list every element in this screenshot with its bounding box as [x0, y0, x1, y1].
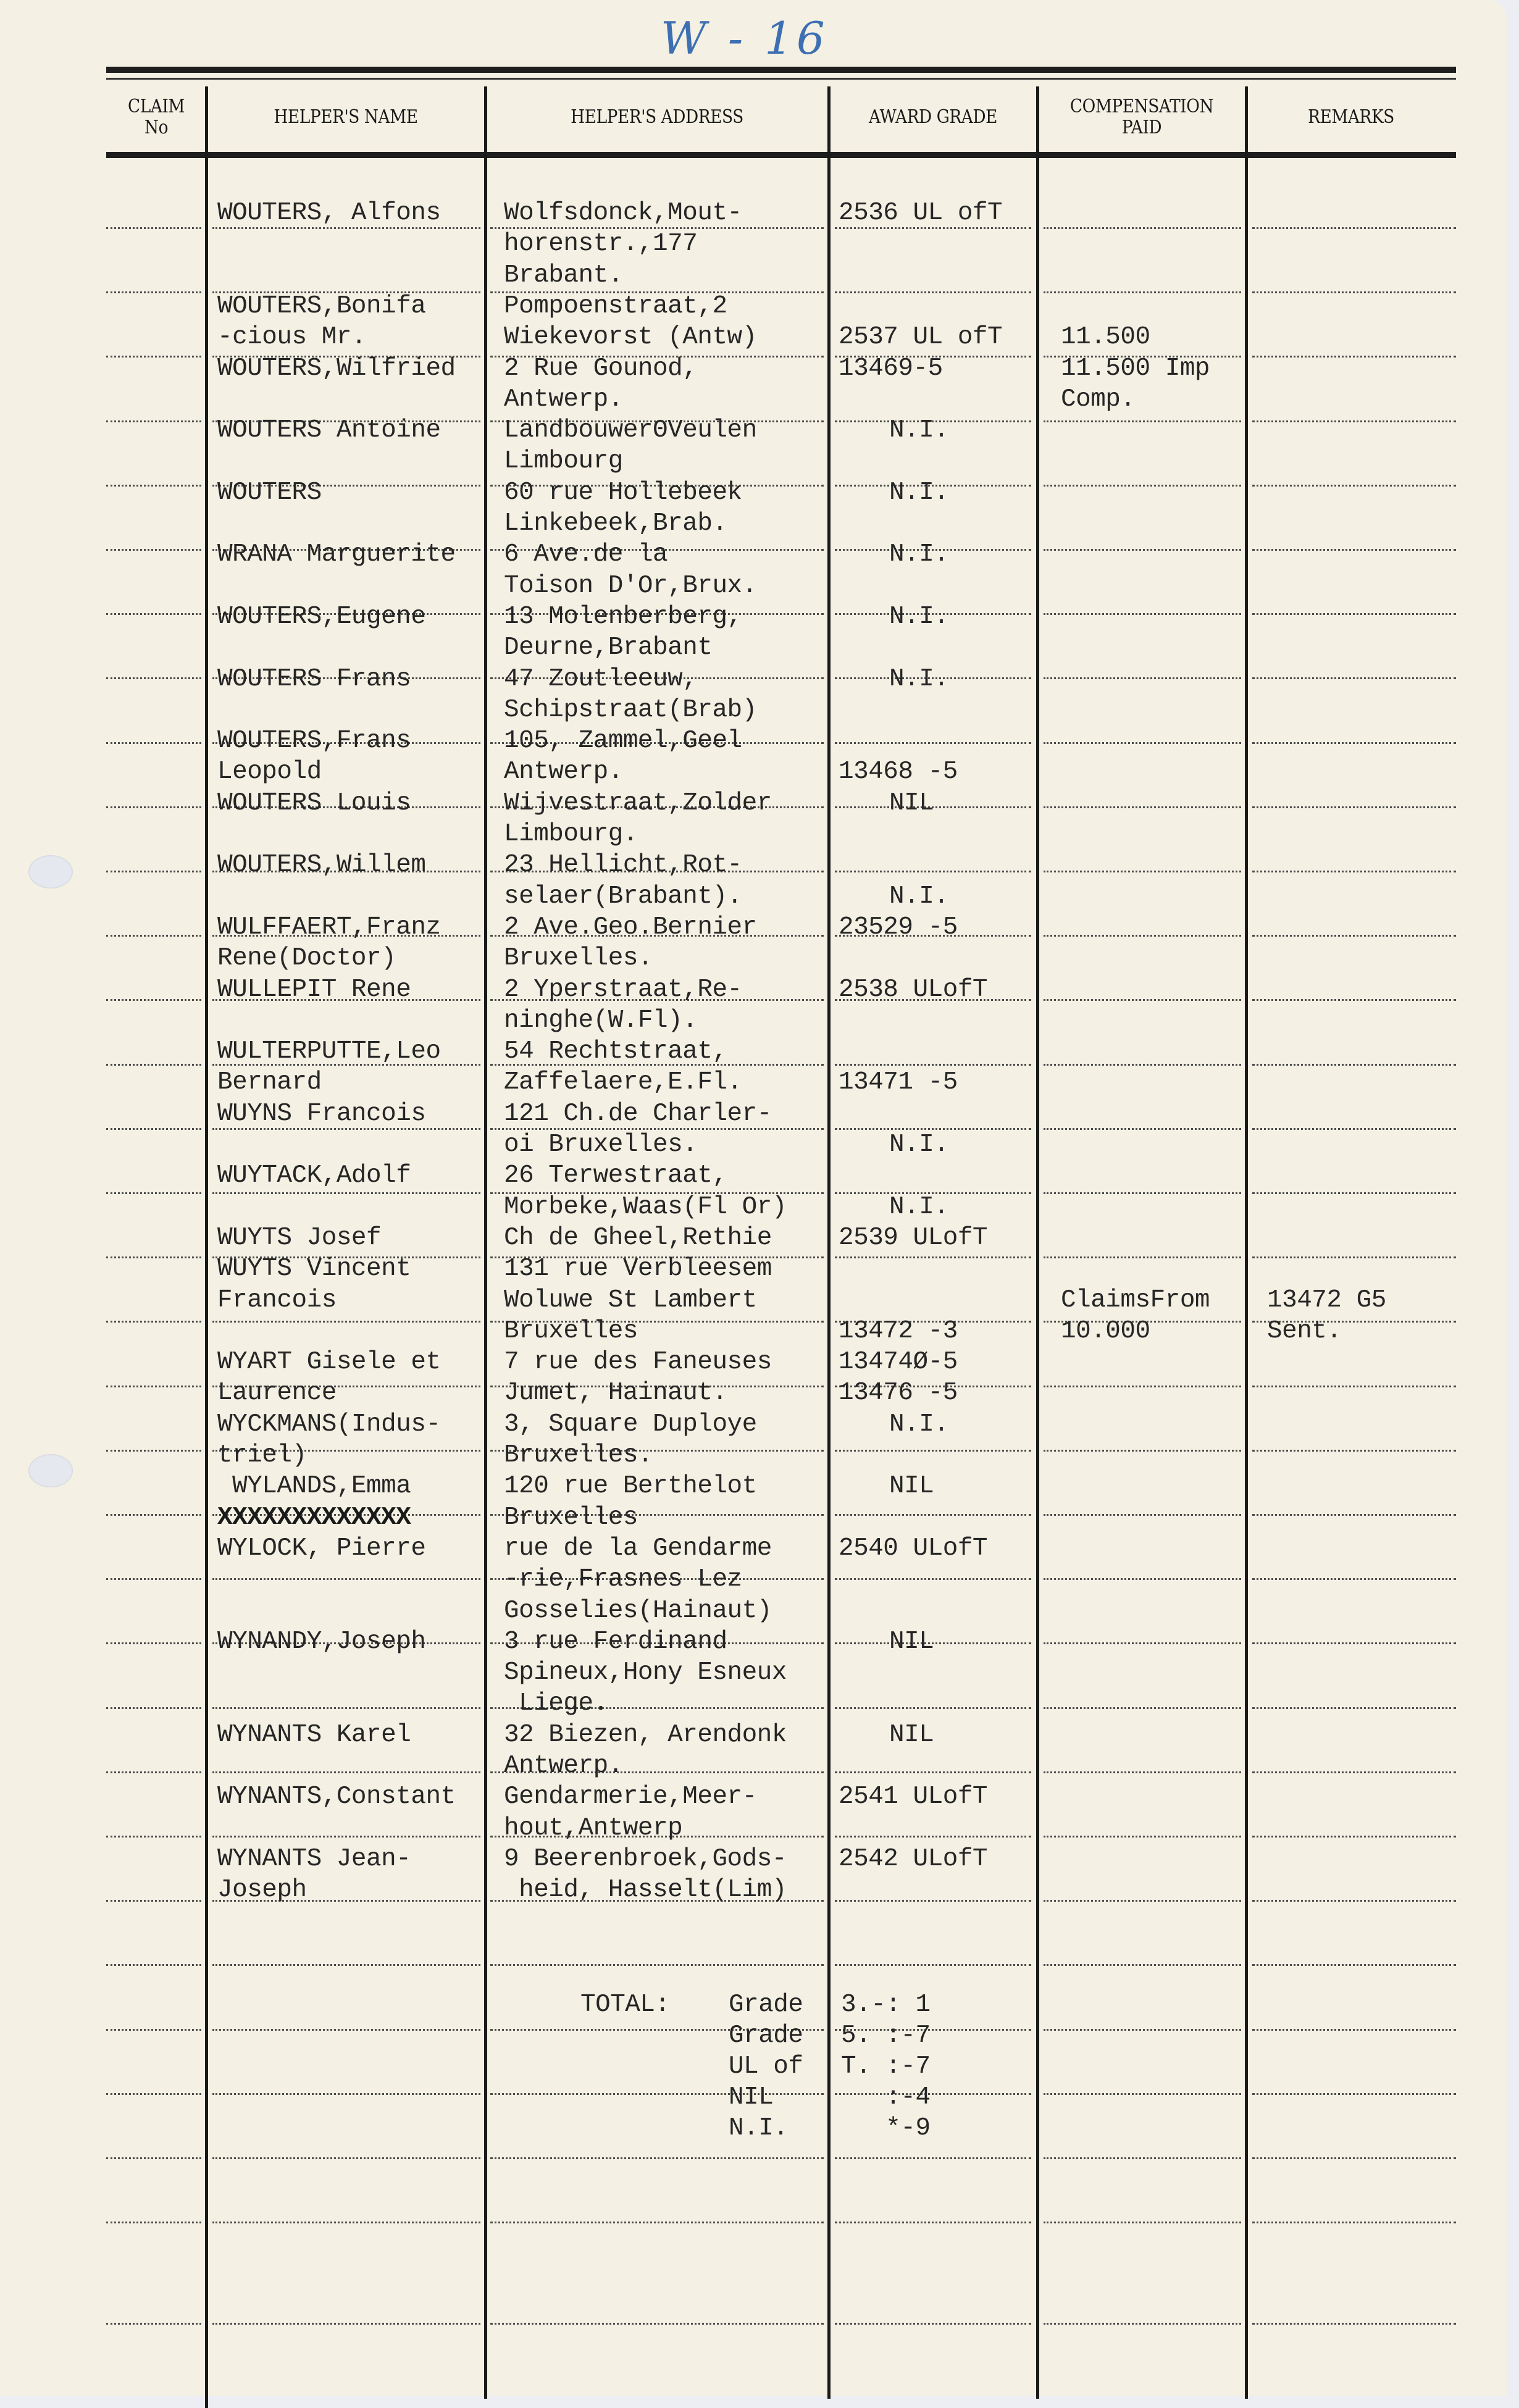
column-divider	[484, 86, 487, 2399]
totals-count: :-4	[841, 2082, 931, 2113]
ruled-line	[490, 2323, 824, 2325]
totals-count: 5. :-7	[841, 2020, 931, 2051]
cell-address: horenstr.,177	[504, 228, 697, 259]
cell-address: 32 Biezen, Arendonk	[504, 1720, 787, 1750]
cell-address: heid, Hasselt(Lim)	[504, 1875, 787, 1905]
ruled-line	[1044, 1771, 1241, 1773]
ruled-line	[106, 1578, 201, 1580]
cell-name: triel)	[217, 1440, 307, 1471]
ruled-line	[1044, 1900, 1241, 1902]
ruled-line	[835, 1064, 1031, 1066]
cell-name: WULLEPIT Rene	[217, 974, 411, 1005]
totals-category: N.I.	[729, 2113, 788, 2144]
cell-grade: N.I.	[889, 415, 948, 446]
cell-name: WOUTERS Frans	[217, 664, 411, 695]
ruled-line	[106, 613, 201, 615]
cell-address: hout,Antwerp	[504, 1813, 682, 1844]
cell-name: WOUTERS,Willem	[217, 850, 425, 880]
ruled-line	[106, 935, 201, 937]
cell-name: Leopold	[217, 756, 322, 787]
ruled-line	[835, 1450, 1031, 1452]
ruled-line	[1252, 2323, 1456, 2325]
ruled-line	[212, 1321, 480, 1323]
cell-name: -cious Mr.	[217, 322, 366, 353]
cell-name: WYART Gisele et	[217, 1347, 441, 1377]
cell-grade: 2538 ULofT	[839, 974, 987, 1005]
cell-address: 9 Beerenbroek,Gods-	[504, 1844, 787, 1875]
totals-count: *-9	[841, 2113, 931, 2144]
cell-name: WUYTS Vincent	[217, 1253, 411, 1284]
cell-name: WYNANDY,Joseph	[217, 1626, 425, 1657]
cell-grade: 13476 -5	[839, 1377, 958, 1408]
cell-grade: N.I.	[889, 539, 948, 570]
ruled-line	[106, 1450, 201, 1452]
ruled-line	[1252, 485, 1456, 487]
cell-remarks: 13472 G5	[1267, 1285, 1386, 1316]
ruled-line	[212, 1707, 480, 1709]
cell-address: 105, Zammel,Geel	[504, 725, 742, 756]
ruled-line	[1252, 1256, 1456, 1258]
ruled-line	[212, 1836, 480, 1837]
column-header-compensation: COMPENSATIONPAID	[1050, 86, 1233, 148]
ruled-line	[1044, 1128, 1241, 1130]
record-sheet: W - 16 CLAIMNoHELPER'S NAMEHELPER'S ADDR…	[0, 0, 1507, 2396]
cell-name: WYLOCK, Pierre	[217, 1533, 425, 1564]
cell-name: WUYTACK,Adolf	[217, 1160, 411, 1191]
ruled-line	[1044, 1578, 1241, 1580]
ruled-line	[490, 2157, 824, 2159]
ruled-line	[212, 1192, 480, 1194]
header-rule-top	[106, 67, 1456, 73]
ruled-line	[490, 2222, 824, 2223]
cell-name: WOUTERS, Alfons	[217, 198, 441, 228]
cell-address: 26 Terwestraat,	[504, 1160, 727, 1191]
cell-address: Bruxelles	[504, 1502, 638, 1533]
cell-name: WULFFAERT,Franz	[217, 912, 441, 943]
cell-grade: 2541 ULofT	[839, 1781, 987, 1812]
ruled-line	[106, 742, 201, 744]
ruled-line	[212, 2093, 480, 2095]
ruled-line	[106, 2093, 201, 2095]
cell-address: 131 rue Verbleesem	[504, 1253, 772, 1284]
cell-compensation: Comp.	[1061, 384, 1136, 415]
ruled-line	[1252, 1642, 1456, 1644]
column-header-name: HELPER'S NAME	[223, 86, 469, 148]
ruled-line	[106, 1386, 201, 1387]
cell-grade: 2536 UL ofT	[839, 198, 1002, 228]
ruled-line	[1044, 1064, 1241, 1066]
cell-address: Woluwe St Lambert	[504, 1285, 757, 1316]
ruled-line	[106, 291, 201, 293]
ruled-line	[490, 1964, 824, 1966]
cell-name: WOUTERS	[217, 477, 322, 508]
ruled-line	[106, 549, 201, 551]
ruled-line	[1252, 806, 1456, 808]
cell-name: WYNANTS Jean-	[217, 1844, 411, 1875]
cell-address: Antwerp.	[504, 1750, 623, 1781]
cell-name: WYNANTS,Constant	[217, 1781, 456, 1812]
punch-hole	[28, 855, 73, 888]
punch-hole	[28, 1454, 73, 1487]
ruled-line	[1252, 356, 1456, 357]
cell-name: WULTERPUTTE,Leo	[217, 1036, 441, 1067]
cell-address: oi Bruxelles.	[504, 1129, 697, 1160]
ruled-line	[106, 1514, 201, 1516]
cell-grade: N.I.	[889, 664, 948, 695]
ruled-line	[1044, 2029, 1241, 2031]
ruled-line	[1252, 2157, 1456, 2159]
ruled-line	[1044, 1836, 1241, 1837]
cell-name: Francois	[217, 1285, 337, 1316]
cell-compensation: ClaimsFrom	[1061, 1285, 1210, 1316]
cell-address: 54 Rechtstraat,	[504, 1036, 727, 1067]
cell-grade: 23529 -5	[839, 912, 958, 943]
ruled-line	[106, 1256, 201, 1258]
ruled-line	[1044, 2323, 1241, 2325]
ruled-line	[835, 1256, 1031, 1258]
cell-address: selaer(Brabant).	[504, 881, 742, 912]
ruled-line	[1044, 613, 1241, 615]
ruled-line	[1252, 2222, 1456, 2223]
ruled-line	[106, 1964, 201, 1966]
totals-category: UL of	[729, 2051, 803, 2082]
ruled-line	[106, 420, 201, 422]
ruled-line	[835, 1771, 1031, 1773]
ruled-line	[1252, 613, 1456, 615]
ruled-line	[1044, 2222, 1241, 2223]
cell-address: Zaffelaere,E.Fl.	[504, 1067, 742, 1098]
cell-address: 121 Ch.de Charler-	[504, 1098, 772, 1129]
cell-compensation: 11.500 Imp	[1061, 353, 1210, 384]
ruled-line	[106, 806, 201, 808]
column-divider	[1245, 86, 1248, 2399]
cell-address: Limbourg	[504, 446, 623, 477]
cell-grade: N.I.	[889, 601, 948, 632]
ruled-line	[490, 2093, 824, 2095]
ruled-line	[1044, 1192, 1241, 1194]
cell-address: Ch de Gheel,Rethie	[504, 1223, 772, 1253]
cell-grade: N.I.	[889, 1129, 948, 1160]
ruled-line	[1252, 2029, 1456, 2031]
cell-address: Gendarmerie,Meer-	[504, 1781, 757, 1812]
ruled-line	[106, 2029, 201, 2031]
cell-address: 2 Yperstraat,Re-	[504, 974, 742, 1005]
ruled-line	[1044, 1514, 1241, 1516]
ruled-line	[1044, 1707, 1241, 1709]
ruled-line	[212, 1964, 480, 1966]
ruled-line	[106, 677, 201, 679]
column-divider	[827, 86, 831, 2399]
ruled-line	[835, 2222, 1031, 2223]
column-header-address: HELPER'S ADDRESS	[506, 86, 808, 148]
ruled-line	[835, 871, 1031, 872]
ruled-line	[106, 1771, 201, 1773]
cell-address: Jumet, Hainaut.	[504, 1377, 727, 1408]
ruled-line	[1252, 677, 1456, 679]
ruled-line	[835, 2323, 1031, 2325]
ruled-line	[1044, 485, 1241, 487]
page-label: W - 16	[661, 12, 829, 64]
ruled-line	[1252, 1514, 1456, 1516]
header-rule-thin	[106, 78, 1456, 80]
cell-name: Joseph	[217, 1875, 307, 1905]
ruled-line	[106, 871, 201, 872]
ruled-line	[1044, 999, 1241, 1001]
cell-address: Toison D'Or,Brux.	[504, 571, 757, 601]
ruled-line	[1252, 1836, 1456, 1837]
cell-grade: 13469-5	[839, 353, 943, 384]
cell-address: Linkebeek,Brab.	[504, 508, 727, 539]
cell-address: ninghe(W.Fl).	[504, 1005, 697, 1036]
ruled-line	[835, 742, 1031, 744]
cell-address: 23 Hellicht,Rot-	[504, 850, 742, 880]
ruled-line	[106, 1642, 201, 1644]
ruled-line	[1252, 420, 1456, 422]
cell-address: LandbouwerΘVeulen	[504, 415, 757, 446]
cell-address: Gosselies(Hainaut)	[504, 1595, 772, 1626]
cell-address: Wijvestraat,Zolder	[504, 788, 772, 819]
cell-address: Bruxelles.	[504, 943, 653, 974]
ruled-line	[1252, 1578, 1456, 1580]
cell-name: Laurence	[217, 1377, 337, 1408]
cell-compensation: 11.500	[1061, 322, 1150, 353]
ruled-line	[1252, 1386, 1456, 1387]
cell-address: 6 Ave.de la	[504, 539, 667, 570]
cell-address: Morbeke,Waas(Fl Or)	[504, 1192, 787, 1223]
column-divider	[1036, 86, 1039, 2399]
cell-grade: NIL	[889, 1720, 934, 1750]
cell-grade: N.I.	[889, 1409, 948, 1440]
cell-address: 2 Rue Gounod,	[504, 353, 697, 384]
cell-grade: 2540 ULofT	[839, 1533, 987, 1564]
totals-category: Grade	[729, 1989, 803, 2020]
ruled-line	[1252, 549, 1456, 551]
cell-address: 3, Square Duploye	[504, 1409, 757, 1440]
cell-address: 120 rue Berthelot	[504, 1471, 757, 1502]
totals-category: NIL	[729, 2082, 773, 2113]
ruled-line	[835, 1964, 1031, 1966]
cell-address: 47 Zoutleeuw,	[504, 664, 697, 695]
ruled-line	[1044, 871, 1241, 872]
ruled-line	[212, 2222, 480, 2223]
cell-address: Bruxelles.	[504, 1440, 653, 1471]
column-header-remarks: REMARKS	[1258, 86, 1443, 148]
ruled-line	[212, 1771, 480, 1773]
ruled-line	[1044, 1256, 1241, 1258]
ruled-line	[1252, 291, 1456, 293]
ruled-line	[1252, 1128, 1456, 1130]
cell-name: WYLANDS,Emma	[217, 1471, 411, 1502]
ruled-line	[1252, 871, 1456, 872]
ruled-line	[212, 1578, 480, 1580]
cell-grade: N.I.	[889, 1192, 948, 1223]
ruled-line	[1044, 1386, 1241, 1387]
cell-remarks: Sent.	[1267, 1316, 1342, 1347]
cell-name: WOUTERS,Bonifa	[217, 291, 425, 322]
ruled-line	[1044, 935, 1241, 937]
cell-name: WOUTERS,Eugene	[217, 601, 425, 632]
cell-address: Bruxelles	[504, 1316, 638, 1347]
ruled-line	[106, 2323, 201, 2325]
cell-name: WUYNS Francois	[217, 1098, 425, 1129]
ruled-line	[106, 2157, 201, 2159]
cell-grade: 2539 ULofT	[839, 1223, 987, 1253]
cell-grade: 13468 -5	[839, 756, 958, 787]
cell-address: Liege.	[504, 1688, 608, 1719]
cell-address: Spineux,Hony Esneux	[504, 1657, 787, 1688]
cell-address: 3 rue Ferdinand	[504, 1626, 727, 1657]
cell-name: Bernard	[217, 1067, 322, 1098]
totals-count: 3.-: 1	[841, 1989, 931, 2020]
ruled-line	[1252, 935, 1456, 937]
ruled-line	[1252, 1192, 1456, 1194]
ruled-line	[1044, 420, 1241, 422]
ruled-line	[835, 1900, 1031, 1902]
ruled-line	[1252, 1964, 1456, 1966]
ruled-line	[1252, 1707, 1456, 1709]
ruled-line	[106, 1836, 201, 1837]
cell-address: 13 Molenberberg,	[504, 601, 742, 632]
cell-name: WOUTERS Antoine	[217, 415, 441, 446]
ruled-line	[1252, 1450, 1456, 1452]
cell-address: 2 Ave.Geo.Bernier	[504, 912, 757, 943]
ruled-line	[212, 2323, 480, 2325]
ruled-line	[212, 2029, 480, 2031]
ruled-line	[1044, 1642, 1241, 1644]
cell-grade: N.I.	[889, 881, 948, 912]
cell-grade: 13472 -3	[839, 1316, 958, 1347]
cell-compensation: 10.000	[1061, 1316, 1150, 1347]
totals-label: TOTAL:	[580, 1989, 670, 2020]
ruled-line	[106, 1192, 201, 1194]
ruled-line	[835, 1578, 1031, 1580]
cell-address: rue de la Gendarme	[504, 1533, 772, 1564]
ruled-line	[835, 1836, 1031, 1837]
cell-address: 60 rue Hollebeek	[504, 477, 742, 508]
header-rule-bottom	[106, 152, 1456, 158]
ruled-line	[1044, 742, 1241, 744]
cell-grade: 13471 -5	[839, 1067, 958, 1098]
ruled-line	[1044, 1450, 1241, 1452]
ruled-line	[1044, 806, 1241, 808]
cell-name: WRANA Marguerite	[217, 539, 456, 570]
cell-address: Antwerp.	[504, 756, 623, 787]
cell-address: Pompoenstraat,2	[504, 291, 727, 322]
ruled-line	[1252, 999, 1456, 1001]
cell-address: -rie,Frasnes Lez	[504, 1564, 742, 1595]
column-header-grade: AWARD GRADE	[841, 86, 1024, 148]
cell-address: Brabant.	[504, 260, 623, 291]
cell-address: Wolfsdonck,Mout-	[504, 198, 742, 228]
cell-grade: 13474Ø-5	[839, 1347, 958, 1377]
cell-grade: NIL	[889, 1471, 934, 1502]
ruled-line	[835, 1514, 1031, 1516]
ruled-line	[1044, 2157, 1241, 2159]
ruled-line	[106, 485, 201, 487]
ruled-line	[106, 356, 201, 357]
totals-count: T. :-7	[841, 2051, 931, 2082]
cell-grade: 2537 UL ofT	[839, 322, 1002, 353]
ruled-line	[1252, 2093, 1456, 2095]
column-divider	[205, 86, 208, 2408]
cell-address: Schipstraat(Brab)	[504, 695, 757, 725]
cell-address: Deurne,Brabant	[504, 632, 712, 663]
cell-name: WOUTERS Louis	[217, 788, 411, 819]
ruled-line	[1044, 1964, 1241, 1966]
ruled-line	[1044, 227, 1241, 229]
ruled-line	[835, 1707, 1031, 1709]
ruled-line	[212, 2157, 480, 2159]
cell-grade: NIL	[889, 1626, 934, 1657]
cell-grade: NIL	[889, 788, 934, 819]
ruled-line	[1252, 1771, 1456, 1773]
cell-name: Rene(Doctor)	[217, 943, 396, 974]
cell-name: WYNANTS Karel	[217, 1720, 411, 1750]
column-header-claim-no: CLAIMNo	[112, 86, 201, 148]
ruled-line	[1252, 1064, 1456, 1066]
ruled-line	[106, 1128, 201, 1130]
ruled-line	[106, 2222, 201, 2223]
cell-address: Wiekevorst (Antw)	[504, 322, 757, 353]
ruled-line	[1252, 742, 1456, 744]
totals-category: Grade	[729, 2020, 803, 2051]
cell-address: Antwerp.	[504, 384, 623, 415]
cell-name: WYCKMANS(Indus-	[217, 1409, 441, 1440]
ruled-line	[835, 2157, 1031, 2159]
cell-grade: 2542 ULofT	[839, 1844, 987, 1875]
ruled-line	[1252, 1900, 1456, 1902]
ruled-line	[106, 999, 201, 1001]
ruled-line	[1044, 2093, 1241, 2095]
ruled-line	[106, 1321, 201, 1323]
cell-name: XXXXXXXXXXXXX	[217, 1502, 411, 1533]
ruled-line	[1044, 291, 1241, 293]
ruled-line	[1252, 227, 1456, 229]
cell-name: WOUTERS,Wilfried	[217, 353, 456, 384]
cell-grade: N.I.	[889, 477, 948, 508]
cell-name: WUYTS Josef	[217, 1223, 381, 1253]
ruled-line	[1044, 549, 1241, 551]
ruled-line	[106, 1064, 201, 1066]
ruled-line	[106, 227, 201, 229]
cell-name: WOUTERS,Frans	[217, 725, 411, 756]
cell-address: 7 rue des Faneuses	[504, 1347, 772, 1377]
ruled-line	[1044, 677, 1241, 679]
cell-address: Limbourg.	[504, 819, 638, 850]
ruled-line	[835, 291, 1031, 293]
ruled-line	[106, 1707, 201, 1709]
ruled-line	[106, 1900, 201, 1902]
